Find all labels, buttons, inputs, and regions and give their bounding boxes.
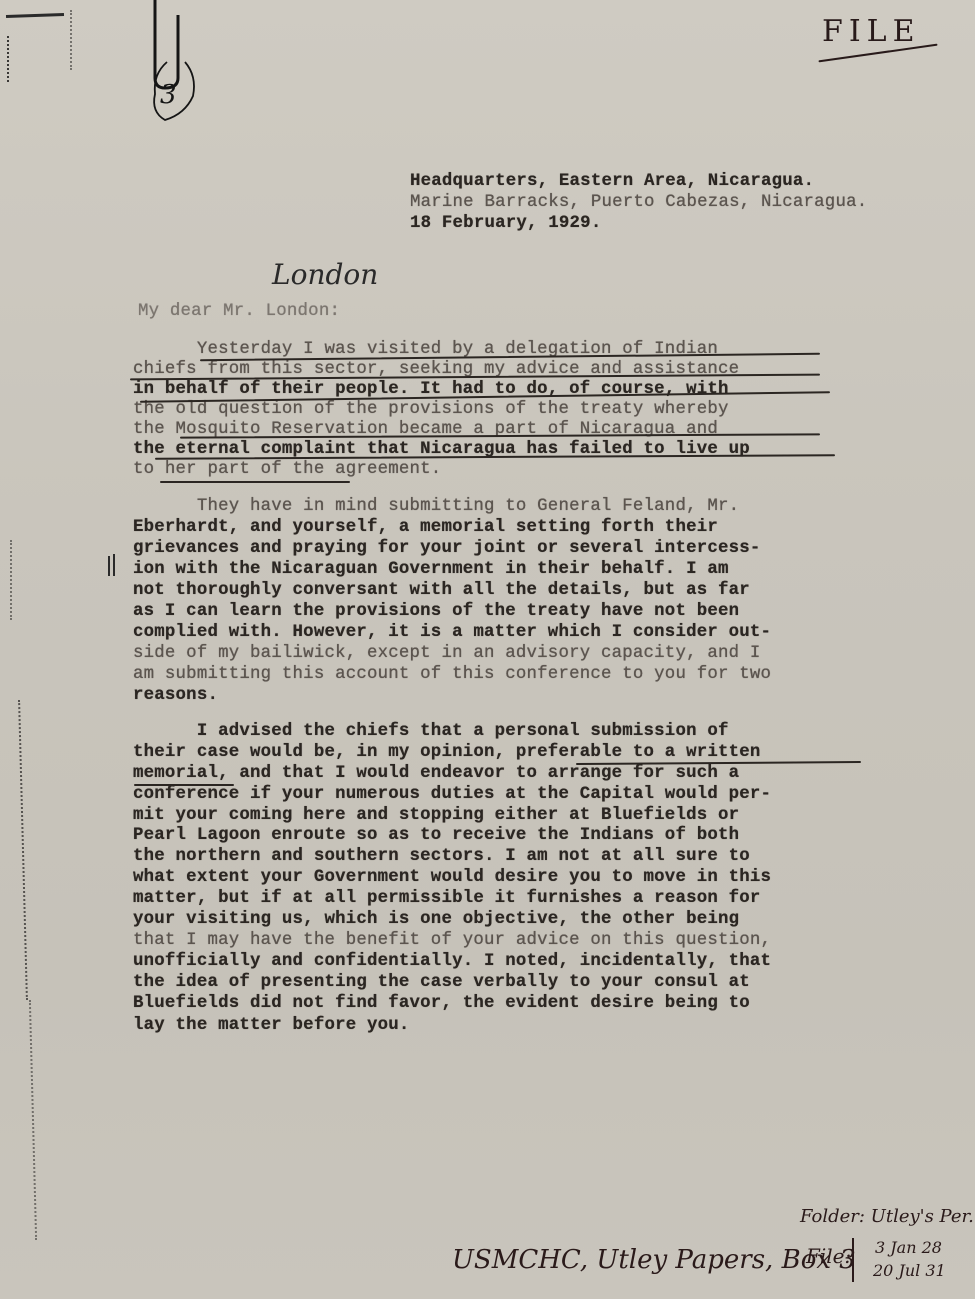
paragraph-line: grievances and praying for your joint or… xyxy=(133,539,761,560)
margin-dots xyxy=(7,36,9,82)
paragraph-line: ion with the Nicaraguan Government in th… xyxy=(133,560,729,581)
file-label: File: xyxy=(806,1244,851,1268)
paragraph-line: their case would be, in my opinion, pref… xyxy=(133,743,761,764)
file-date-end: 20 Jul 31 xyxy=(873,1261,946,1280)
page-number: 3 xyxy=(160,80,177,110)
paragraph-line: not thoroughly conversant with all the d… xyxy=(133,581,750,602)
pen-underline xyxy=(134,784,234,786)
file-date-start: 3 Jan 28 xyxy=(875,1238,942,1257)
margin-dots xyxy=(10,540,12,620)
folder-note: Folder: Utley's Per. xyxy=(800,1206,974,1227)
paragraph-line: that I may have the benefit of your advi… xyxy=(133,931,771,952)
salutation: My dear Mr. London: xyxy=(138,302,340,323)
file-stamp: FILE xyxy=(822,14,921,49)
paragraph-line: Bluefields did not find favor, the evide… xyxy=(133,994,750,1015)
file-bracket xyxy=(852,1238,854,1282)
paragraph-line: am submitting this account of this confe… xyxy=(133,665,771,686)
letter-header-line1: Headquarters, Eastern Area, Nicaragua. xyxy=(410,172,814,193)
document-page: 3 FILE Headquarters, Eastern Area, Nicar… xyxy=(0,0,975,1299)
pen-underline xyxy=(160,481,350,483)
paragraph-line: memorial, and that I would endeavor to a… xyxy=(133,764,739,785)
letter-date: 18 February, 1929. xyxy=(410,214,601,235)
paragraph-line: lay the matter before you. xyxy=(133,1016,410,1037)
paragraph-line: They have in mind submitting to General … xyxy=(133,497,739,518)
paragraph-line: Pearl Lagoon enroute so as to receive th… xyxy=(133,826,739,847)
paragraph-line: what extent your Government would desire… xyxy=(133,868,771,889)
archive-reference: USMCHC, Utley Papers, Box 3 xyxy=(452,1245,856,1275)
paragraph-line: mit your coming here and stopping either… xyxy=(133,806,739,827)
paragraph-line: unofficially and confidentially. I noted… xyxy=(133,952,771,973)
margin-mark xyxy=(108,556,110,576)
paragraph-line: matter, but if at all permissible it fur… xyxy=(133,889,761,910)
paragraph-line: the old question of the provisions of th… xyxy=(133,400,729,421)
margin-mark xyxy=(113,554,115,576)
paragraph-line: side of my bailiwick, except in an advis… xyxy=(133,644,761,665)
paragraph-line: I advised the chiefs that a personal sub… xyxy=(133,722,729,743)
paragraph-line: reasons. xyxy=(133,686,218,707)
paragraph-line: conference if your numerous duties at th… xyxy=(133,785,771,806)
corner-mark xyxy=(6,13,64,18)
paragraph-line: complied with. However, it is a matter w… xyxy=(133,623,771,644)
paragraph-line: the idea of presenting the case verbally… xyxy=(133,973,750,994)
paragraph-line: the northern and southern sectors. I am … xyxy=(133,847,750,868)
margin-dots xyxy=(70,10,72,70)
margin-dots xyxy=(18,700,28,1000)
paragraph-line: to her part of the agreement. xyxy=(133,460,441,481)
letter-header-line2: Marine Barracks, Puerto Cabezas, Nicarag… xyxy=(410,193,867,214)
margin-dots xyxy=(29,1000,37,1240)
handwritten-name: London xyxy=(272,258,378,291)
paragraph-line: as I can learn the provisions of the tre… xyxy=(133,602,739,623)
paragraph-line: Eberhardt, and yourself, a memorial sett… xyxy=(133,518,718,539)
paragraph-line: your visiting us, which is one objective… xyxy=(133,910,739,931)
